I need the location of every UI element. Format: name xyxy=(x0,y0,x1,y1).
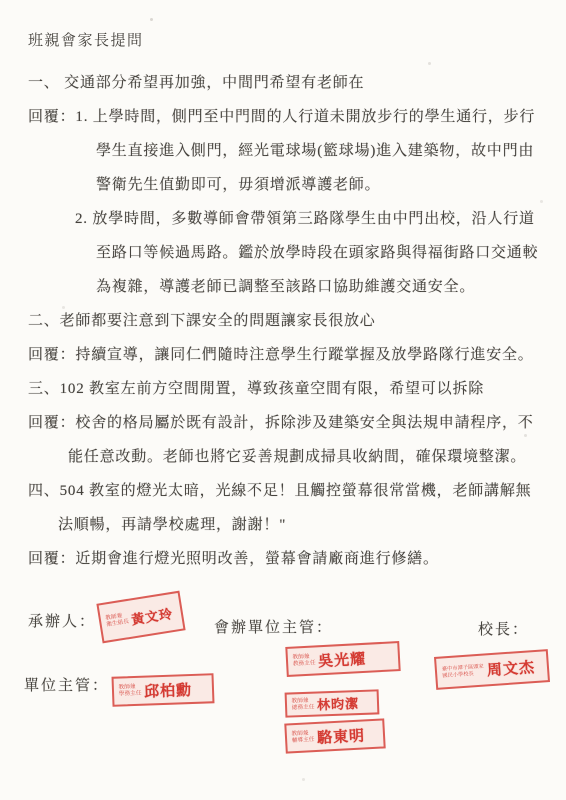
seal-name-text: 邱柏勳 xyxy=(144,678,193,701)
red-seal-stamp: 教師兼 教務主任 吳光耀 xyxy=(285,641,400,677)
seal-title-text: 教師兼 學務主任 xyxy=(118,684,141,698)
document-body: 班親會家長提問 一、 交通部分希望再加強，中間門希望有老師在 回覆：1. 上學時… xyxy=(28,24,546,576)
signature-label-handler: 承辦人： xyxy=(28,610,96,631)
scanned-document-page: 班親會家長提問 一、 交通部分希望再加強，中間門希望有老師在 回覆：1. 上學時… xyxy=(0,0,566,800)
seal-title-text: 教師兼 衛生組長 xyxy=(105,612,130,629)
document-title: 班親會家長提問 xyxy=(28,24,546,58)
seal-title-text: 臺中市潭子區頭家 國民小學校長 xyxy=(442,664,485,679)
text-line: 回覆：校舍的格局屬於既有設計，拆除涉及建築安全與法規申請程序，不 xyxy=(28,406,546,440)
seal-name-text: 吳光耀 xyxy=(318,647,367,670)
text-line: 警衛先生值勤即可，毋須增派導護老師。 xyxy=(96,168,546,202)
seal-title-text: 教師兼 輔導主任 xyxy=(291,730,314,744)
scan-speck xyxy=(302,778,305,781)
text-line: 回覆：持續宣導，讓同仁們隨時注意學生行蹤掌握及放學路隊行進安全。 xyxy=(28,338,546,372)
red-seal-stamp: 教師兼 學務主任 邱柏勳 xyxy=(112,673,215,707)
text-line: 至路口等候過馬路。鑑於放學時段在頭家路與得福街路口交通較 xyxy=(96,236,546,270)
text-line: 學生直接進入側門，經光電球場(籃球場)進入建築物，故中門由 xyxy=(96,134,546,168)
seal-name-text: 林昀潔 xyxy=(317,693,360,713)
text-line: 回覆：近期會進行燈光照明改善，螢幕會請廠商進行修繕。 xyxy=(28,542,546,576)
text-line: 三、102 教室左前方空間閒置，導致孩童空間有限，希望可以拆除 xyxy=(28,372,546,406)
seal-title-text: 教師兼 教務主任 xyxy=(292,654,315,668)
text-line: 二、老師都要注意到下課安全的問題讓家長很放心 xyxy=(28,304,546,338)
red-seal-stamp: 教師兼 衛生組長 黃文玲 xyxy=(96,591,185,644)
seal-name-text: 黃文玲 xyxy=(130,603,174,628)
signature-label-co-unit-supervisor: 會辦單位主管： xyxy=(214,616,333,637)
document-lines: 一、 交通部分希望再加強，中間門希望有老師在 回覆：1. 上學時間，側門至中門間… xyxy=(28,66,546,576)
scan-speck xyxy=(150,18,153,21)
text-line: 2. 放學時間，多數導師會帶領第三路隊學生由中門出校，沿人行道 xyxy=(75,202,546,236)
text-line: 四、504 教室的燈光太暗，光線不足！且觸控螢幕很常當機，老師講解無 xyxy=(28,474,546,508)
signature-label-principal: 校長： xyxy=(478,618,529,639)
seal-title-text: 教師兼 總務主任 xyxy=(291,697,314,711)
signature-label-unit-supervisor: 單位主管： xyxy=(24,674,109,695)
red-seal-stamp: 臺中市潭子區頭家 國民小學校長 周文杰 xyxy=(434,649,550,690)
seal-name-text: 駱東明 xyxy=(316,724,365,747)
text-line: 能任意改動。老師也將它妥善規劃成掃具收納間，確保環境整潔。 xyxy=(68,440,546,474)
text-line: 一、 交通部分希望再加強，中間門希望有老師在 xyxy=(28,66,546,100)
seal-name-text: 周文杰 xyxy=(486,656,535,680)
red-seal-stamp: 教師兼 總務主任 林昀潔 xyxy=(285,689,380,717)
text-line: 為複雜，導護老師已調整至該路口協助維護交通安全。 xyxy=(96,270,546,304)
text-line: 回覆：1. 上學時間，側門至中門間的人行道未開放步行的學生通行，步行 xyxy=(28,100,546,134)
text-line: 法順暢，再請學校處理，謝謝！" xyxy=(58,508,546,542)
red-seal-stamp: 教師兼 輔導主任 駱東明 xyxy=(284,718,385,753)
